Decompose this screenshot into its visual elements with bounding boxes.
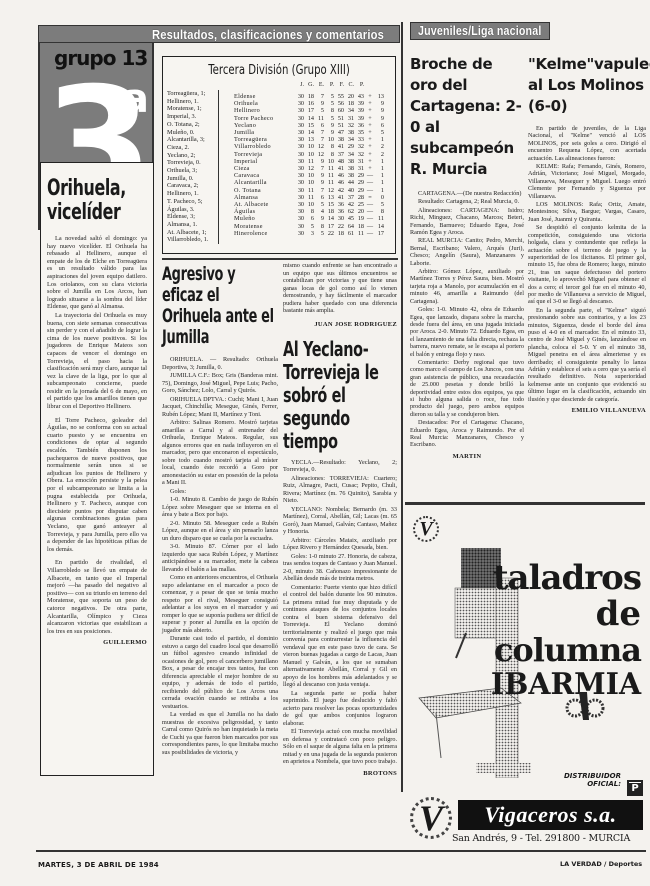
stat-pts: 18	[355, 223, 365, 230]
standings-row: Cieza3012711413831+1	[233, 165, 385, 172]
vigaceros-monogram: V	[419, 800, 443, 836]
team-name: Orihuela	[233, 100, 295, 107]
stat-f: 51	[335, 122, 345, 129]
stat-sign: —	[365, 215, 375, 222]
paragraph: 1-0. Minuto 8. Cambio de juego de Rubén …	[162, 496, 278, 519]
result-item: Moratense, 1; Imperial, 3.	[167, 105, 215, 120]
stat-c: 32	[345, 122, 355, 129]
orihuela-title-2: vicelíder	[47, 201, 119, 225]
stat-sign: +	[365, 115, 375, 122]
stat-g: 10	[305, 151, 315, 158]
stat-g: 6	[305, 215, 315, 222]
stat-p: 11	[325, 165, 335, 172]
stat-sign: +	[365, 100, 375, 107]
stat-c: 42	[345, 201, 355, 208]
stat-pts: 36	[355, 122, 365, 129]
stat-diff: 6	[375, 122, 385, 129]
paragraph: ORIHUELA DPTVA.: Cuchi; Mani I, Juan Jac…	[162, 396, 278, 419]
stat-f: 56	[335, 100, 345, 107]
standings-title: Tercera División (Grupo XIII)	[192, 63, 367, 78]
stat-g: 11	[305, 187, 315, 194]
stat-f: 46	[335, 179, 345, 186]
stat-f: 41	[335, 143, 345, 150]
stat-g: 10	[305, 172, 315, 179]
standings-row: Imperial3011910483831+1	[233, 158, 385, 165]
orihuela-body: La novedad saltó el domingo: ya hay nuev…	[47, 235, 147, 635]
stat-g: 14	[305, 115, 315, 122]
paragraph: ORIHUELA. — Resultado: Orihuela Deportiv…	[162, 356, 278, 371]
standings-row: At. Albacete3010515364225—5	[233, 201, 385, 208]
standings-row: Hellinero301758603439+9	[233, 107, 385, 114]
stat-g: 11	[305, 158, 315, 165]
paragraph: Comentario: Fuerte viento que hizo difíc…	[283, 584, 397, 689]
agresivo-body: ORIHUELA. — Resultado: Orihuela Deportiv…	[162, 356, 278, 756]
stat-c: 37	[345, 194, 355, 201]
stat-g: 15	[305, 122, 315, 129]
paragraph: La trayectoria del Orihuela es muy buena…	[47, 312, 147, 411]
stat-f: 48	[335, 158, 345, 165]
stat-g: 10	[305, 179, 315, 186]
paragraph: JUMILLA C.F.: Box; Gris (Banderas mint. …	[162, 372, 278, 395]
team-name: Águilas	[233, 208, 295, 215]
stat-diff: 0	[375, 194, 385, 201]
vigaceros-address: San Andrés, 9 - Tel. 291800 - MURCIA	[452, 833, 647, 844]
stat-pts: 20	[355, 208, 365, 215]
team-name: Hinerolence	[233, 230, 295, 237]
stat-f: 47	[335, 129, 345, 136]
stat-e: 5	[315, 201, 325, 208]
stat-j: 30	[295, 107, 305, 114]
stat-e: 11	[315, 115, 325, 122]
paragraph: Alineaciones: TORREVIEJA: Cuartero; Ruiz…	[283, 475, 397, 505]
team-name: Yeclano	[233, 122, 295, 129]
stat-pts: 29	[355, 172, 365, 179]
ad-headline-1: taladros	[493, 560, 641, 596]
stat-sign: —	[365, 208, 375, 215]
stat-g: 17	[305, 107, 315, 114]
result-item: O. Totana, 2; Muleño, 0.	[167, 121, 215, 136]
team-name: Eldense	[233, 93, 295, 100]
stat-diff: 5	[375, 129, 385, 136]
stat-c: 20	[345, 93, 355, 100]
paragraph: En la segunda parte, el "Kelme" siguió p…	[528, 307, 646, 403]
paragraph: Arbitro: Gómez López, auxiliado por Mart…	[410, 268, 524, 305]
team-name: Jumilla	[233, 129, 295, 136]
stat-sign: +	[365, 143, 375, 150]
standings-row: Torrevieja3010128373432+2	[233, 151, 385, 158]
stat-pts: 43	[355, 93, 365, 100]
stat-c: 31	[345, 115, 355, 122]
stat-p: 9	[325, 129, 335, 136]
stat-f: 60	[335, 107, 345, 114]
team-name: Muleño	[233, 215, 295, 222]
stat-p: 5	[325, 100, 335, 107]
team-name: Cieza	[233, 165, 295, 172]
stat-diff: 2	[375, 143, 385, 150]
standings-row: Alcantarilla3010911464429—1	[233, 179, 385, 186]
agresivo-signature: JUAN JOSE RODRIGUEZ	[283, 321, 397, 328]
stat-g: 10	[305, 143, 315, 150]
stat-sign: +	[365, 93, 375, 100]
standings-row: Muleño306914304519—11	[233, 215, 385, 222]
stat-p: 5	[325, 115, 335, 122]
ad-headline-2: de	[596, 596, 641, 632]
stat-c: 38	[345, 158, 355, 165]
stat-diff: 1	[375, 158, 385, 165]
team-name: Villarrobledo	[233, 143, 295, 150]
agresivo-continuation: mismo cuando enfrente se han encontrado …	[283, 262, 397, 315]
stat-g: 3	[305, 230, 315, 237]
stat-e: 8	[315, 223, 325, 230]
standings-table: J. G. E. P. F. C. P. Eldense301875552043…	[233, 82, 385, 237]
stat-sign: =	[365, 194, 375, 201]
team-name: Torrevieja	[233, 151, 295, 158]
stat-e: 9	[315, 179, 325, 186]
stat-e: 6	[315, 194, 325, 201]
cartagena-body: CARTAGENA.—(De nuestra Redacción)Resulta…	[410, 190, 524, 449]
stat-p: 22	[325, 230, 335, 237]
paragraph: YECLA.—Resultado: Yeclano, 2; Torrevieja…	[283, 459, 397, 474]
paragraph: REAL MURCIA: Canito; Pedro, Merchi, Bern…	[410, 237, 524, 267]
stat-diff: 14	[375, 223, 385, 230]
standings-row: Caravaca3010911463829—1	[233, 172, 385, 179]
result-item: Alcantarilla, 3; Cieza, 2.	[167, 136, 215, 151]
standings-row: Torre Pacheco3014115513139+9	[233, 115, 385, 122]
stat-j: 30	[295, 187, 305, 194]
result-item: Yeclano, 2; Torrevieja, 0.	[167, 152, 215, 167]
paragraph: El Torre Pacheco, goleador del Águilas, …	[47, 417, 147, 554]
stat-diff: 1	[375, 172, 385, 179]
stat-c: 38	[345, 172, 355, 179]
cartagena-article: Broche de oro del Cartagena: 2-0 al subc…	[410, 54, 524, 460]
standings-row: Yeclano301569513236+6	[233, 122, 385, 129]
paragraph: YECLANO: Nombela; Bernardo (m. 33 Martín…	[283, 506, 397, 536]
kelme-title: "Kelme"vapuleó al Los Molinos (6-0)	[528, 54, 646, 117]
stat-diff: 9	[375, 100, 385, 107]
stat-g: 18	[305, 93, 315, 100]
kelme-signature: EMILIO VILLANUEVA	[528, 407, 646, 414]
stat-e: 7	[315, 165, 325, 172]
stat-g: 13	[305, 136, 315, 143]
ad-headline-3: columna	[494, 632, 641, 668]
ibarmia-ad: V taladros de columna IBARMIA DISTRIBUID…	[405, 508, 647, 793]
stat-c: 38	[345, 129, 355, 136]
stat-pts: 32	[355, 151, 365, 158]
paragraph: En partido de rivalidad, el Villarrobled…	[47, 559, 147, 635]
stat-j: 30	[295, 136, 305, 143]
paragraph: Durante casi todo el partido, el dominio…	[162, 635, 278, 710]
stat-e: 7	[315, 93, 325, 100]
stat-diff: 1	[375, 187, 385, 194]
stat-j: 30	[295, 208, 305, 215]
paragraph: Arbitro: Cárceles Mataix, auxiliado por …	[283, 537, 397, 552]
stat-p: 8	[325, 151, 335, 158]
stat-j: 30	[295, 201, 305, 208]
stat-pts: 29	[355, 187, 365, 194]
stat-pts: 39	[355, 115, 365, 122]
paragraph: La novedad saltó el domingo: ya hay nuev…	[47, 235, 147, 311]
stat-pts: 32	[355, 143, 365, 150]
stat-e: 7	[315, 129, 325, 136]
result-item: Eldense, 3; Almansa, 1.	[167, 213, 215, 228]
stat-p: 5	[325, 93, 335, 100]
paragraph: Goles: 1-0. Minuto 42, obra de Eduardo E…	[410, 306, 524, 358]
vigaceros-name-bar: Vigaceros s.a.	[458, 800, 643, 830]
stat-c: 29	[345, 143, 355, 150]
vigaceros-company-name: Vigaceros s.a.	[484, 802, 616, 828]
standings-row: Hinerolence303522186111—17	[233, 230, 385, 237]
kelme-body: En partido de juveniles, de la Liga Naci…	[528, 125, 646, 403]
stat-f: 55	[335, 93, 345, 100]
cartagena-title: Broche de oro del Cartagena: 2-0 al subc…	[410, 54, 524, 180]
paragraph: La segunda parte se podía haber suprimid…	[283, 690, 397, 728]
stat-diff: 2	[375, 151, 385, 158]
result-item: T. Pacheco, 5; Águilas, 3.	[167, 198, 215, 213]
stat-sign: —	[365, 230, 375, 237]
stat-diff: 13	[375, 93, 385, 100]
stat-diff: 1	[375, 136, 385, 143]
stat-j: 30	[295, 158, 305, 165]
distribuidor-label: DISTRIBUIDOR OFICIAL:	[561, 772, 621, 788]
result-item: Torreagüera, 1; Hellinero, 1.	[167, 90, 215, 105]
stat-c: 34	[345, 151, 355, 158]
stat-diff: 5	[375, 201, 385, 208]
stat-f: 22	[335, 223, 345, 230]
stat-c: 64	[345, 223, 355, 230]
stat-pts: 39	[355, 107, 365, 114]
stat-p: 17	[325, 223, 335, 230]
standings-row: Eldense301875552043+13	[233, 93, 385, 100]
stat-g: 11	[305, 194, 315, 201]
stat-c: 62	[345, 208, 355, 215]
parking-badge: P	[627, 780, 643, 796]
result-item: Orihuela, 3; Jumilla, 0.	[167, 167, 215, 182]
team-name: Hellinero	[233, 107, 295, 114]
standings-row: Villarrobledo3010128412932+2	[233, 143, 385, 150]
stat-p: 18	[325, 208, 335, 215]
paragraph: 3-0. Minuto 87. Córner por el lado izqui…	[162, 543, 278, 573]
stat-sign: —	[365, 187, 375, 194]
standings-row: Orihuela301695561839+9	[233, 100, 385, 107]
stat-j: 30	[295, 165, 305, 172]
stat-e: 5	[315, 107, 325, 114]
stat-diff: 9	[375, 115, 385, 122]
stat-f: 36	[335, 201, 345, 208]
stat-p: 8	[325, 143, 335, 150]
stat-sign: +	[365, 158, 375, 165]
stat-g: 5	[305, 223, 315, 230]
paragraph: El Torrevieja actuó con mucha movilidad …	[283, 728, 397, 766]
stat-diff: 17	[375, 230, 385, 237]
stat-pts: 35	[355, 129, 365, 136]
standings-row: Moratense305817226418—14	[233, 223, 385, 230]
stat-pts: 33	[355, 136, 365, 143]
standings-row: Jumilla301479473835+5	[233, 129, 385, 136]
stat-f: 42	[335, 187, 345, 194]
stat-sign: —	[365, 179, 375, 186]
badge-label: P	[629, 783, 640, 794]
stat-p: 14	[325, 215, 335, 222]
paragraph: Se despidió el conjunto kelmita de la co…	[528, 224, 646, 305]
stat-f: 18	[335, 230, 345, 237]
stat-g: 10	[305, 201, 315, 208]
middle-right-column: mismo cuando enfrente se han encontrado …	[283, 262, 397, 782]
stat-e: 12	[315, 143, 325, 150]
stat-e: 6	[315, 122, 325, 129]
stat-e: 9	[315, 172, 325, 179]
stat-f: 46	[335, 172, 345, 179]
stat-sign: —	[365, 223, 375, 230]
stat-sign: +	[365, 122, 375, 129]
team-name: Almansa	[233, 194, 295, 201]
stat-e: 9	[315, 158, 325, 165]
result-item: At. Albacete, 1; Villarrobledo, 1.	[167, 229, 215, 244]
stat-pts: 28	[355, 194, 365, 201]
divider	[162, 258, 398, 260]
stat-f: 41	[335, 194, 345, 201]
stat-g: 16	[305, 100, 315, 107]
paragraph: Como en anteriores encuentros, el Orihue…	[162, 574, 278, 634]
yeclano-signature: BROTONS	[283, 770, 397, 777]
paragraph: Goles: 1-0 minuto 27. Honoria, de cabeza…	[283, 553, 397, 583]
standings-row: O. Totana3011712424029—1	[233, 187, 385, 194]
yeclano-title: Al Yeclano-Torrevieja le sobró el segund…	[283, 338, 391, 453]
orihuela-title-1: Orihuela,	[47, 177, 119, 201]
stat-e: 7	[315, 136, 325, 143]
stat-pts: 39	[355, 100, 365, 107]
paragraph: Arbitro: Salinas Romero. Mostró tarjetas…	[162, 419, 278, 487]
stat-j: 30	[295, 129, 305, 136]
agresivo-article: Agresivo y eficaz el Orihuela ante el Ju…	[162, 262, 278, 782]
stat-j: 30	[295, 179, 305, 186]
stat-c: 44	[345, 179, 355, 186]
team-name: Imperial	[233, 158, 295, 165]
stat-e: 4	[315, 208, 325, 215]
stat-j: 30	[295, 122, 305, 129]
stat-j: 30	[295, 151, 305, 158]
juveniles-banner-label: Juveniles/Liga nacional	[418, 23, 541, 38]
stat-pts: 31	[355, 158, 365, 165]
stat-f: 51	[335, 115, 345, 122]
stat-sign: +	[365, 129, 375, 136]
footer-publication: LA VERDAD / Deportes	[560, 860, 642, 868]
stat-j: 30	[295, 194, 305, 201]
stat-e: 7	[315, 187, 325, 194]
stat-c: 45	[345, 215, 355, 222]
team-name: Torreagüera	[233, 136, 295, 143]
standings-row: Torreagüera3013710383433+1	[233, 136, 385, 143]
stat-c: 34	[345, 107, 355, 114]
stat-diff: 1	[375, 165, 385, 172]
stat-diff: 1	[375, 179, 385, 186]
cartagena-signature: MARTIN	[410, 453, 524, 460]
paragraph: Destacados: Por el Cartagena: Chacano, E…	[410, 419, 524, 449]
stat-p: 11	[325, 172, 335, 179]
paragraph: La verdad es que el Jumilla no ha dado m…	[162, 711, 278, 756]
column-divider	[401, 22, 403, 792]
stat-j: 30	[295, 172, 305, 179]
result-item: Caravaca, 2; Hellinero, 1.	[167, 182, 215, 197]
standings-row: Almansa3011613413728=0	[233, 194, 385, 201]
grupo-box-superscript: a	[122, 76, 149, 122]
stat-p: 8	[325, 107, 335, 114]
stat-p: 12	[325, 187, 335, 194]
stat-sign: +	[365, 107, 375, 114]
stat-p: 10	[325, 136, 335, 143]
team-name: Alcantarilla	[233, 179, 295, 186]
orihuela-signature: GUILLERMO	[47, 639, 147, 646]
orihuela-article: Orihuela, vicelíder La novedad saltó el …	[40, 162, 154, 776]
kelme-article: "Kelme"vapuleó al Los Molinos (6-0) En p…	[528, 54, 646, 414]
vigaceros-logo: V	[410, 797, 452, 839]
stat-f: 41	[335, 165, 345, 172]
stat-c: 18	[345, 100, 355, 107]
stat-j: 30	[295, 230, 305, 237]
paragraph: Alineaciones: CARTAGENA: Isidro; Richi, …	[410, 207, 524, 237]
stat-p: 13	[325, 194, 335, 201]
stat-p: 9	[325, 122, 335, 129]
stat-g: 12	[305, 165, 315, 172]
footer-rule	[36, 850, 646, 852]
stat-e: 9	[315, 215, 325, 222]
paragraph: 2-0. Minuto 58. Meseguer cede a Rubén Ló…	[162, 520, 278, 543]
stat-sign: +	[365, 165, 375, 172]
stat-e: 5	[315, 230, 325, 237]
section-banner-label: Resultados, clasificaciones y comentario…	[152, 27, 384, 42]
stat-j: 30	[295, 215, 305, 222]
stat-c: 38	[345, 165, 355, 172]
stat-p: 10	[325, 158, 335, 165]
stat-sign: +	[365, 136, 375, 143]
stat-pts: 11	[355, 230, 365, 237]
stat-diff: 8	[375, 208, 385, 215]
stat-j: 30	[295, 115, 305, 122]
stat-sign: —	[365, 201, 375, 208]
stat-sign: —	[365, 172, 375, 179]
standings-box: Tercera División (Grupo XIII) Torreagüer…	[162, 56, 396, 254]
stat-pts: 19	[355, 215, 365, 222]
paragraph: En partido de juveniles, de la Liga Naci…	[528, 125, 646, 162]
paragraph: Goles:	[162, 488, 278, 496]
paragraph: CARTAGENA.—(De nuestra Redacción)	[410, 190, 524, 197]
stat-p: 15	[325, 201, 335, 208]
paragraph: Resultado: Cartagena, 2; Real Murcia, 0.	[410, 198, 524, 205]
results-list: Torreagüera, 1; Hellinero, 1.Moratense, …	[167, 90, 219, 244]
stat-g: 8	[305, 208, 315, 215]
stat-f: 36	[335, 208, 345, 215]
stat-e: 12	[315, 151, 325, 158]
stat-c: 61	[345, 230, 355, 237]
paragraph: KELME: Rafa; Fernando, Ginés, Romero, Ad…	[528, 163, 646, 200]
stat-pts: 25	[355, 201, 365, 208]
team-name: O. Totana	[233, 187, 295, 194]
stat-c: 40	[345, 187, 355, 194]
stat-j: 30	[295, 100, 305, 107]
stat-pts: 29	[355, 179, 365, 186]
stat-p: 11	[325, 179, 335, 186]
yeclano-body: YECLA.—Resultado: Yeclano, 2; Torrevieja…	[283, 459, 397, 766]
stat-g: 14	[305, 129, 315, 136]
stat-j: 30	[295, 143, 305, 150]
stat-diff: 9	[375, 107, 385, 114]
paragraph: LOS MOLINOS: Rafa; Ortiz, Amate, Montesi…	[528, 201, 646, 223]
stat-sign: +	[365, 151, 375, 158]
agresivo-title: Agresivo y eficaz el Orihuela ante el Ju…	[162, 264, 278, 348]
standings-row: Águilas308418366220—8	[233, 208, 385, 215]
stat-e: 9	[315, 100, 325, 107]
ad-divider	[405, 502, 645, 505]
stat-j: 30	[295, 223, 305, 230]
